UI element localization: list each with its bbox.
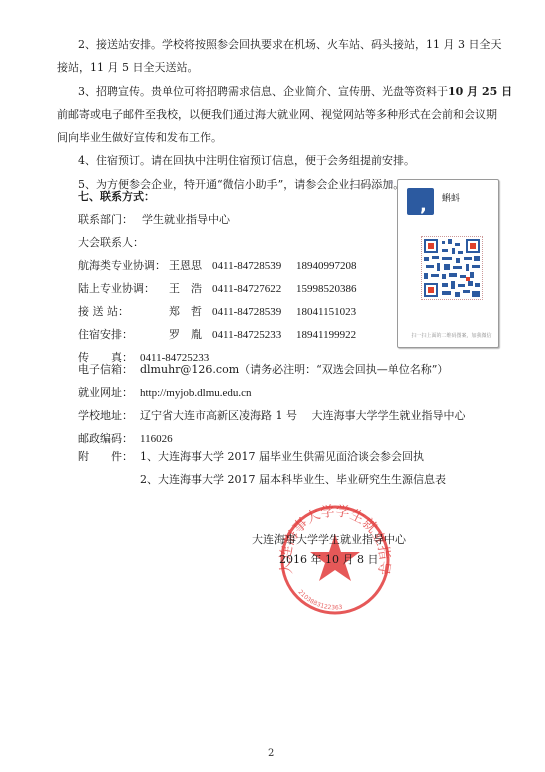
contact-mobile: 15998520386	[296, 283, 357, 295]
contact-address: 学校地址：辽宁省大连市高新区凌海路 1 号 大连海事大学学生就业指导中心	[78, 409, 466, 423]
contact-phone: 0411-84728539	[212, 305, 296, 319]
attachment-item: 2、大连海事大学 2017 届本科毕业生、毕业研究生生源信息表	[140, 473, 446, 487]
paragraph-publicity-line2: 前邮寄或电子邮件至我校，以便我们通过海大就业网、视觉网站等多种形式在会前和会议期	[57, 108, 497, 122]
svg-text:2103883122363: 2103883122363	[296, 589, 343, 612]
contact-phone: 0411-84728539	[212, 259, 296, 273]
publicity-deadline: 10 月 25 日	[448, 85, 512, 98]
contact-row: 住宿安排：罗 胤0411-8472523318941199922	[78, 328, 356, 342]
contact-name: 王恩思	[169, 259, 212, 273]
attachment-item: 1、大连海事大学 2017 届毕业生供需见面洽谈会参会回执	[140, 450, 424, 463]
contact-name: 郑 哲	[169, 305, 212, 319]
contact-row: 接 送 站：郑 哲0411-8472853918041151023	[78, 305, 356, 319]
department-label: 联系部门：	[78, 213, 142, 227]
contact-phone: 0411-84725233	[212, 328, 296, 342]
bullet-dot	[390, 181, 393, 184]
paragraph-publicity-line3: 间向毕业生做好宣传和发布工作。	[57, 131, 222, 145]
page-number: 2	[268, 748, 274, 759]
attachments-label: 附 件：	[78, 450, 140, 464]
contact-department: 联系部门：学生就业指导中心	[78, 213, 230, 227]
contact-role: 航海类专业协调：	[78, 259, 169, 273]
paragraph-publicity-line1: 3、招聘宣传。贵单位可将招聘需求信息、企业简介、宣传册、光盘等资料于10 月 2…	[78, 85, 512, 99]
contact-name: 罗 胤	[169, 328, 212, 342]
postcode-label: 邮政编码：	[78, 432, 140, 446]
signature-date: 2016 年 10 月 8 日	[279, 553, 378, 567]
postcode-value: 116026	[140, 433, 173, 445]
qr-code-icon	[421, 236, 483, 300]
contacts-label: 大会联系人：	[78, 236, 144, 250]
contact-phone: 0411-84727622	[212, 282, 296, 296]
contact-mobile: 18941199922	[296, 329, 356, 341]
department-value: 学生就业指导中心	[142, 213, 230, 226]
contact-name: 王 浩	[169, 282, 212, 296]
email-label: 电子信箱：	[78, 363, 140, 377]
publicity-text: 3、招聘宣传。贵单位可将招聘需求信息、企业简介、宣传册、光盘等资料于	[78, 85, 448, 98]
contact-row: 航海类专业协调：王恩思0411-8472853918940997208	[78, 259, 357, 273]
contact-email: 电子信箱：dlmuhr@126.com（请务必注明：“双选会回执—单位名称”）	[78, 363, 448, 377]
contact-role: 陆上专业协调：	[78, 282, 169, 296]
contact-role: 接 送 站：	[78, 305, 169, 319]
avatar: ,	[407, 188, 434, 215]
contact-mobile: 18940997208	[296, 260, 357, 272]
contact-mobile: 18041151023	[296, 306, 356, 318]
wechat-qr-card: , 蝌蚪 扫一扫上面的二维码图案，加我微信	[397, 179, 499, 348]
website-link[interactable]: http://myjob.dlmu.edu.cn	[140, 387, 252, 399]
contact-website: 就业网址：http://myjob.dlmu.edu.cn	[78, 386, 252, 400]
website-label: 就业网址：	[78, 386, 140, 400]
paragraph-accommodation: 4、住宿预订。请在回执中注明住宿预订信息，便于会务组提前安排。	[78, 154, 415, 168]
qr-contact-name: 蝌蚪	[442, 191, 460, 204]
address-label: 学校地址：	[78, 409, 140, 423]
paragraph-pickup-line1: 2、接送站安排。学校将按照参会回执要求在机场、火车站、码头接站，11 月 3 日…	[78, 38, 501, 52]
attachments: 附 件：1、大连海事大学 2017 届毕业生供需见面洽谈会参会回执	[78, 450, 424, 464]
paragraph-pickup-line2: 接站，11 月 5 日全天送站。	[57, 61, 199, 75]
address-value: 辽宁省大连市高新区凌海路 1 号 大连海事大学学生就业指导中心	[140, 409, 466, 422]
signature-org: 大连海事大学学生就业指导中心	[252, 533, 406, 547]
contact-heading: 七、联系方式：	[78, 190, 155, 204]
qr-caption: 扫一扫上面的二维码图案，加我微信	[404, 332, 499, 339]
contact-role: 住宿安排：	[78, 328, 169, 342]
email-value[interactable]: dlmuhr@126.com（请务必注明：“双选会回执—单位名称”）	[140, 363, 448, 376]
contact-postcode: 邮政编码：116026	[78, 432, 173, 446]
contact-row: 陆上专业协调：王 浩0411-8472762215998520386	[78, 282, 357, 296]
